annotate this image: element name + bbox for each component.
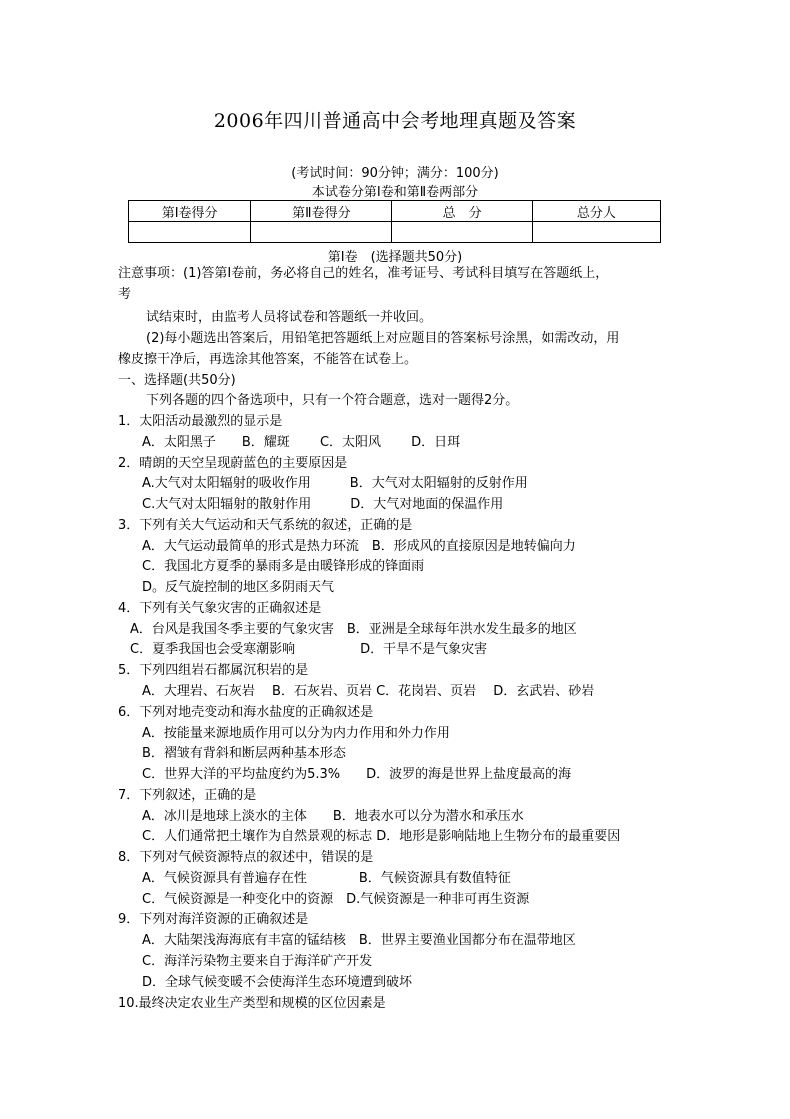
question-7-stem: 7．下列叙述，正确的是 <box>118 788 256 804</box>
question-7-options-ab: A．冰川是地球上淡水的主体 B．地表水可以分为潜水和承压水 <box>142 809 524 825</box>
question-9-option-c: C．海洋污染物主要来自于海洋矿产开发 <box>142 954 372 970</box>
question-3-stem: 3．下列有关大气运动和天气系统的叙述，正确的是 <box>118 518 412 534</box>
question-9-options-ab: A．大陆架浅海海底有丰富的锰结核 B．世界主要渔业国都分布在温带地区 <box>142 933 576 949</box>
score-header-total: 总 分 <box>392 201 532 222</box>
notes-line-4: 橡皮擦干净后，再选涂其他答案，不能答在试卷上。 <box>118 352 417 368</box>
notes-line-3: (2)每小题选出答案后，用铅笔把答题纸上对应题目的答案标号涂黑，如需改动，用 <box>146 331 619 347</box>
question-10-stem: 10.最终决定农业生产类型和规模的区位因素是 <box>118 996 386 1012</box>
question-9-option-d: D．全球气候变暖不会使海洋生态环境遭到破坏 <box>142 975 412 991</box>
question-1-stem: 1．太阳活动最激烈的显示是 <box>118 414 282 430</box>
exam-page: 2006年四川普通高中会考地理真题及答案 (考试时间：90分钟；满分：100分)… <box>0 0 790 1119</box>
question-3-option-d: D。反气旋控制的地区多阴雨天气 <box>142 580 334 596</box>
question-3-options-ab: A．大气运动最简单的形式是热力环流 B．形成风的直接原因是地转偏向力 <box>142 539 576 555</box>
question-6-stem: 6．下列对地壳变动和海水盐度的正确叙述是 <box>118 705 373 721</box>
score-header-part2: 第Ⅱ卷得分 <box>251 201 392 222</box>
document-title: 2006年四川普通高中会考地理真题及答案 <box>0 106 790 133</box>
question-4-stem: 4．下列有关气象灾害的正确叙述是 <box>118 601 321 617</box>
question-2-options-ab: A.大气对太阳辐射的吸收作用 B．大气对太阳辐射的反射作用 <box>142 476 528 492</box>
exam-info: (考试时间：90分钟；满分：100分) <box>0 162 790 181</box>
question-2-stem: 2．晴朗的天空呈现蔚蓝色的主要原因是 <box>118 456 347 472</box>
question-7-options-cd: C．人们通常把土壤作为自然景观的标志 D．地形是影响陆地上生物分布的最重要因 <box>142 829 620 845</box>
score-value-part1 <box>129 222 251 243</box>
question-5-stem: 5．下列四组岩石都属沉积岩的是 <box>118 663 308 679</box>
question-1-options: A．太阳黑子 B．耀斑 C．太阳风 D．日珥 <box>142 435 460 451</box>
score-table-value-row <box>129 222 661 243</box>
structure-note: 本试卷分第Ⅰ卷和第Ⅱ卷两部分 <box>0 181 790 200</box>
score-table: 第Ⅰ卷得分 第Ⅱ卷得分 总 分 总分人 <box>128 200 661 243</box>
notes-line-2: 试结束时，由监考人员将试卷和答题纸一并收回。 <box>146 310 432 326</box>
score-value-scorer <box>532 222 660 243</box>
score-value-part2 <box>251 222 392 243</box>
section1-heading: 一、选择题(共50分) <box>118 373 236 389</box>
section1-instruction: 下列各题的四个备选项中，只有一个符合题意，选对一题得2分。 <box>146 393 518 409</box>
question-8-options-cd: C．气候资源是一种变化中的资源 D.气候资源是一种非可再生资源 <box>142 892 529 908</box>
score-table-header-row: 第Ⅰ卷得分 第Ⅱ卷得分 总 分 总分人 <box>129 201 661 222</box>
question-5-options: A．大理岩、石灰岩 B．石灰岩、页岩 C．花岗岩、页岩 D．玄武岩、砂岩 <box>142 684 594 700</box>
question-3-option-c: C．我国北方夏季的暴雨多是由暖锋形成的锋面雨 <box>142 559 424 575</box>
question-2-options-cd: C.大气对太阳辐射的散射作用 D．大气对地面的保温作用 <box>142 497 503 513</box>
question-8-options-ab: A．气候资源具有普遍存在性 B．气候资源具有数值特征 <box>142 871 511 887</box>
score-header-scorer: 总分人 <box>532 201 660 222</box>
question-6-option-a: A．按能量来源地质作用可以分为内力作用和外力作用 <box>142 726 450 742</box>
question-6-option-b: B．褶皱有背斜和断层两种基本形态 <box>142 746 346 762</box>
question-4-options-cd: C．夏季我国也会受寒潮影响 D．干旱不是气象灾害 <box>130 642 487 658</box>
notes-line-1b: 考 <box>118 287 131 303</box>
part1-heading: 第Ⅰ卷 (选择题共50分) <box>0 246 790 265</box>
question-6-options-cd: C．世界大洋的平均盐度约为5.3% D．波罗的海是世界上盐度最高的海 <box>142 767 571 783</box>
score-header-part1: 第Ⅰ卷得分 <box>129 201 251 222</box>
notes-line-1: 注意事项：(1)答第Ⅰ卷前，务必将自己的姓名，准考证号、考试科目填写在答题纸上， <box>118 266 608 282</box>
question-4-options-ab: A．台风是我国冬季主要的气象灾害 B．亚洲是全球每年洪水发生最多的地区 <box>130 622 577 638</box>
score-value-total <box>392 222 532 243</box>
question-9-stem: 9．下列对海洋资源的正确叙述是 <box>118 912 308 928</box>
question-8-stem: 8．下列对气候资源特点的叙述中，错误的是 <box>118 850 373 866</box>
